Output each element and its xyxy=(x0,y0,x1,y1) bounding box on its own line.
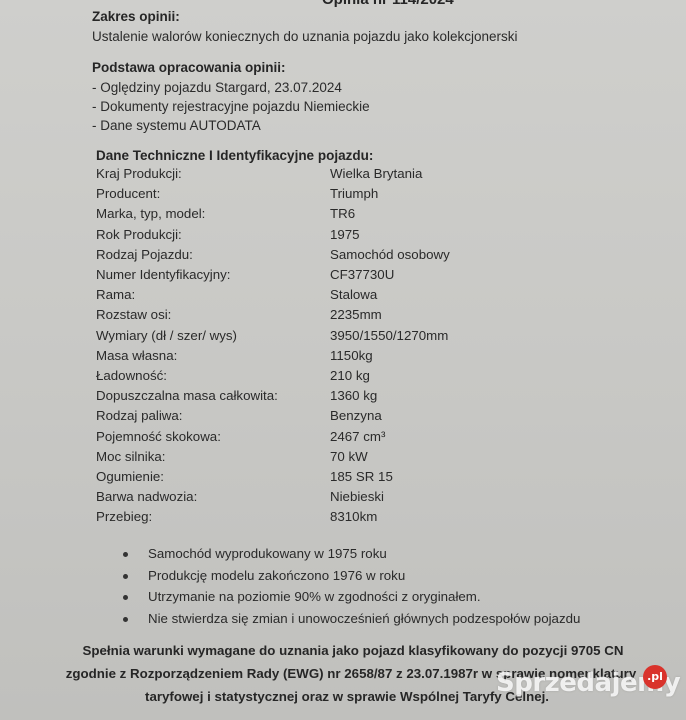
row-value: 185 SR 15 xyxy=(330,469,393,484)
basis-item: - Dane systemu AUTODATA xyxy=(92,118,261,133)
table-row: Masa własna:1150kg xyxy=(96,348,516,368)
row-label: Pojemność skokowa: xyxy=(96,429,221,444)
watermark-badge: .pl xyxy=(643,665,667,689)
row-label: Dopuszczalna masa całkowita: xyxy=(96,388,278,403)
document-title: Opinia nr 114/2024 xyxy=(322,0,454,8)
row-value: 3950/1550/1270mm xyxy=(330,328,448,343)
bullet-icon xyxy=(123,552,128,557)
table-row: Wymiary (dł / szer/ wys)3950/1550/1270mm xyxy=(96,328,516,348)
row-value: 2235mm xyxy=(330,307,382,322)
row-value: Stalowa xyxy=(330,287,377,302)
row-label: Marka, typ, model: xyxy=(96,206,205,221)
list-item: Utrzymanie na poziomie 90% w zgodności z… xyxy=(122,589,580,611)
list-item: Samochód wyprodukowany w 1975 roku xyxy=(122,546,580,568)
row-label: Rodzaj Pojazdu: xyxy=(96,247,193,262)
table-row: Ładowność:210 kg xyxy=(96,368,516,388)
row-label: Rama: xyxy=(96,287,135,302)
list-item: Produkcję modelu zakończono 1976 w roku xyxy=(122,568,580,590)
table-row: Dopuszczalna masa całkowita:1360 kg xyxy=(96,388,516,408)
row-label: Masa własna: xyxy=(96,348,177,363)
row-label: Kraj Produkcji: xyxy=(96,166,182,181)
row-value: Benzyna xyxy=(330,408,382,423)
table-row: Rozstaw osi:2235mm xyxy=(96,307,516,327)
table-row: Przebieg:8310km xyxy=(96,509,516,529)
row-value: 8310km xyxy=(330,509,377,524)
table-row: Producent:Triumph xyxy=(96,186,516,206)
document-page: Opinia nr 114/2024 Zakres opinii: Ustale… xyxy=(0,0,686,720)
table-row: Kraj Produkcji:Wielka Brytania xyxy=(96,166,516,186)
table-row: Moc silnika:70 kW xyxy=(96,449,516,469)
bullet-icon xyxy=(123,595,128,600)
row-label: Moc silnika: xyxy=(96,449,165,464)
basis-heading: Podstawa opracowania opinii: xyxy=(92,60,286,75)
basis-item: - Oględziny pojazdu Stargard, 23.07.2024 xyxy=(92,80,342,95)
table-row: Numer Identyfikacyjny:CF37730U xyxy=(96,267,516,287)
row-label: Przebieg: xyxy=(96,509,152,524)
technical-heading: Dane Techniczne I Identyfikacyjne pojazd… xyxy=(96,148,373,163)
scope-text: Ustalenie walorów koniecznych do uznania… xyxy=(92,29,518,44)
row-value: TR6 xyxy=(330,206,355,221)
conclusion-line: Spełnia warunki wymagane do uznania jako… xyxy=(10,643,686,658)
row-value: Wielka Brytania xyxy=(330,166,422,181)
basis-item: - Dokumenty rejestracyjne pojazdu Niemie… xyxy=(92,99,370,114)
row-value: 1150kg xyxy=(330,348,373,363)
row-label: Rodzaj paliwa: xyxy=(96,408,182,423)
scope-heading: Zakres opinii: xyxy=(92,9,180,24)
findings-list: Samochód wyprodukowany w 1975 roku Produ… xyxy=(122,546,580,632)
row-label: Wymiary (dł / szer/ wys) xyxy=(96,328,237,343)
row-value: 70 kW xyxy=(330,449,368,464)
row-value: Triumph xyxy=(330,186,378,201)
table-row: Pojemność skokowa:2467 cm³ xyxy=(96,429,516,449)
row-value: 1975 xyxy=(330,227,360,242)
table-row: Rodzaj Pojazdu:Samochód osobowy xyxy=(96,247,516,267)
row-label: Producent: xyxy=(96,186,160,201)
row-label: Rozstaw osi: xyxy=(96,307,171,322)
table-row: Rama:Stalowa xyxy=(96,287,516,307)
row-value: CF37730U xyxy=(330,267,394,282)
table-row: Rok Produkcji:1975 xyxy=(96,227,516,247)
row-value: 2467 cm³ xyxy=(330,429,385,444)
row-label: Rok Produkcji: xyxy=(96,227,182,242)
row-value: Samochód osobowy xyxy=(330,247,450,262)
table-row: Barwa nadwozia:Niebieski xyxy=(96,489,516,509)
list-item: Nie stwierdza się zmian i unowocześnień … xyxy=(122,611,580,633)
row-value: 1360 kg xyxy=(330,388,377,403)
row-value: Niebieski xyxy=(330,489,384,504)
row-label: Ładowność: xyxy=(96,368,167,383)
table-row: Ogumienie:185 SR 15 xyxy=(96,469,516,489)
row-label: Numer Identyfikacyjny: xyxy=(96,267,231,282)
table-row: Marka, typ, model:TR6 xyxy=(96,206,516,226)
bullet-icon xyxy=(123,617,128,622)
bullet-icon xyxy=(123,574,128,579)
row-label: Ogumienie: xyxy=(96,469,164,484)
row-label: Barwa nadwozia: xyxy=(96,489,197,504)
row-value: 210 kg xyxy=(330,368,370,383)
table-row: Rodzaj paliwa:Benzyna xyxy=(96,408,516,428)
